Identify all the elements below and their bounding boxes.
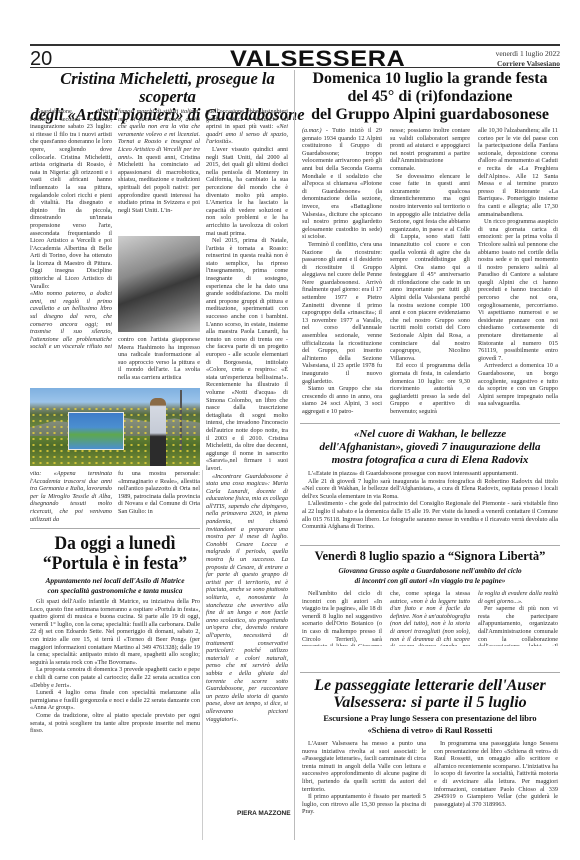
auser-headline: Le passeggiate letterarie dell'Auser Val… [300,677,560,711]
auser-column-2: In programma una passeggiata lungo Sesse… [434,740,558,818]
wakhan-headline: «Nel cuore di Wakhan, le bellezze dell'A… [300,428,560,467]
wakhan-top-rule [300,423,560,424]
masthead-bottom-rule [30,67,560,68]
newspaper-page: 20 VALSESSERA venerdì 1 luglio 2022 Corr… [30,0,560,860]
alpini-column-2: nesse; possiamo inoltre contare su valid… [390,127,470,419]
auser-top-rule [300,672,560,673]
painter-figure [150,398,166,466]
wakhan-body: L'«Estate in piazza» di Guardabosone pro… [302,470,558,540]
dateline: venerdì 1 luglio 2022 Corriere Valsesian… [496,49,560,69]
portula-top-rule [30,528,200,529]
portrait-photo-micheletti [118,236,200,332]
portula-subheadline: Appuntamento nei locali dell'Asilo di Ma… [30,576,200,596]
canvas-painting [68,412,124,450]
liberta-column-3: la voglia di evadere dalla realtà di ogn… [478,590,558,646]
liberta-subheadline: Giovanna Grasso ospite a Guardabosone ne… [300,566,560,586]
auser-column-1: L'Auser Valsessera ha messo a punto una … [302,740,426,818]
liberta-top-rule [300,545,560,546]
byline-piera-mazzone: PIERA MAZZONE [237,810,291,817]
micheletti-column-2-continued: contro con l'artista giapponese Meera Ha… [118,336,200,380]
portula-headline: Da oggi a lunedì “Portula è in festa” [37,534,193,574]
column-divider-micheletti [202,470,203,840]
issue-date: venerdì 1 luglio 2022 [496,49,560,59]
alpini-column-1: (a.mar.) - Tutto iniziò il 29 gennaio 19… [302,127,382,419]
micheletti-column-2: famosi marchi di stilisti italiani, ma, … [118,108,200,232]
micheletti-bottom-col-1: vita: «Appena terminata l'Accademia tras… [30,470,112,524]
micheletti-column-3: quell'occasione ebbe lusinghieri giudizi… [206,108,288,836]
column-divider-left-right [294,70,295,840]
alpini-headline: Domenica 10 luglio la grande festa del 4… [300,70,560,124]
micheletti-column-1: Guardabosone, Artisti Pionieri, seconda … [30,108,112,348]
liberta-column-2: che, come spiega la stessa autrice, «non… [390,590,470,646]
liberta-headline: Venerdì 8 luglio spazio a “Signora Liber… [300,549,560,564]
landscape-painting-photo [30,388,200,466]
micheletti-bottom-col-2: fu una mostra personale: «Immaginario e … [118,470,200,524]
portula-body: Gli spazi dell'Asilo infantile di Matric… [30,598,200,768]
alpini-column-3: alle 10,30 l'alzabandiera; alle 11 corte… [478,127,558,419]
liberta-column-1: Nell'ambito del ciclo di incontri con gl… [302,590,382,646]
auser-subheadline: Escursione a Pray lungo Sessera con pres… [300,713,560,737]
